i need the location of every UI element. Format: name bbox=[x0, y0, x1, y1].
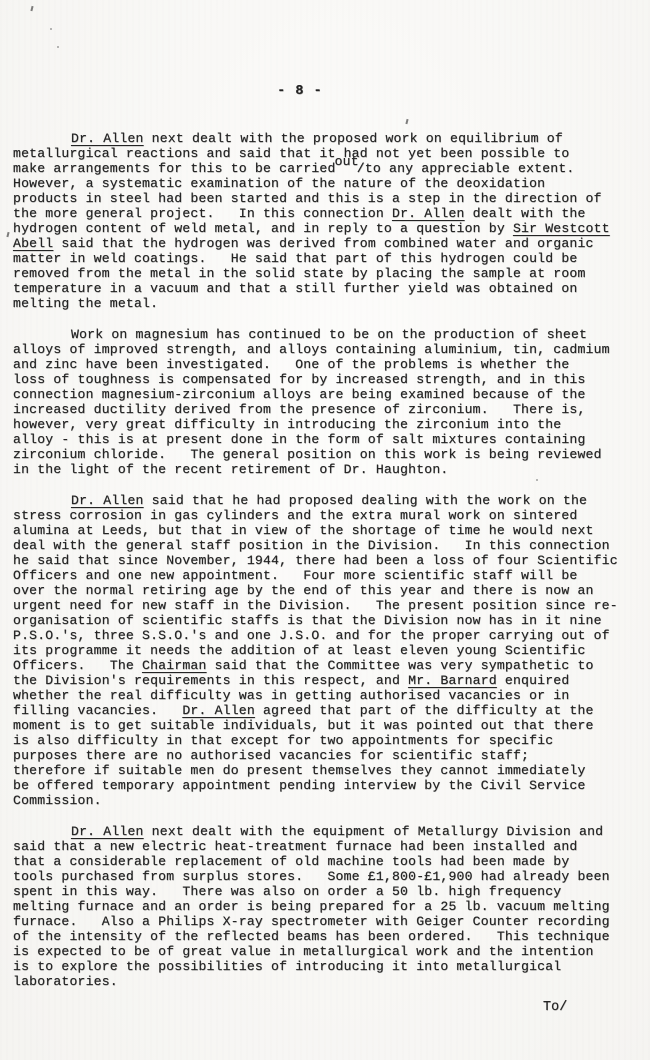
text-segment: P.S.O.'s, three S.S.O.'s and one J.S.O. … bbox=[13, 628, 610, 643]
text-line: moment is to get suitable individuals, b… bbox=[13, 718, 643, 733]
text-line: laboratories. bbox=[13, 974, 643, 989]
text-line: the more general project. In this connec… bbox=[13, 206, 643, 221]
text-segment: alumina at Leeds, but that in view of th… bbox=[13, 523, 594, 538]
text-segment: filling vacancies. bbox=[13, 703, 182, 718]
text-segment: deal with the general staff position in … bbox=[13, 538, 610, 553]
text-segment: Commission. bbox=[13, 793, 102, 808]
text-line: P.S.O.'s, three S.S.O.'s and one J.S.O. … bbox=[13, 628, 643, 643]
text-line: However, a systematic examination of the… bbox=[13, 176, 643, 191]
text-segment: hydrogen content of weld metal, and in r… bbox=[13, 221, 513, 236]
text-segment: metallurgical reactions and said that it… bbox=[13, 146, 569, 161]
text-segment: its programme it needs the addition of a… bbox=[13, 643, 586, 658]
text-segment: of the intensity of the reflected beams … bbox=[13, 929, 610, 944]
text-segment: furnace. Also a Philips X-ray spectromet… bbox=[13, 914, 610, 929]
catchword: To/ bbox=[543, 1000, 567, 1015]
text-line: is also difficulty in that except for tw… bbox=[13, 733, 643, 748]
text-line: Commission. bbox=[13, 793, 643, 808]
text-line: that a considerable replacement of old m… bbox=[13, 854, 643, 869]
text-segment: said that he had proposed dealing with t… bbox=[144, 493, 588, 508]
text-segment: he said that since November, 1944, there… bbox=[13, 553, 618, 568]
text-line: alumina at Leeds, but that in view of th… bbox=[13, 523, 643, 538]
text-segment: removed from the metal in the solid stat… bbox=[13, 266, 586, 281]
text-line: metallurgical reactions and said that it… bbox=[13, 146, 643, 161]
paragraph: Dr. Allen next dealt with the equipment … bbox=[13, 824, 643, 989]
text-segment: however, very great difficulty in introd… bbox=[13, 417, 561, 432]
text-segment: said that the hydrogen was derived from … bbox=[53, 236, 593, 251]
text-line: the Division's requirements in this resp… bbox=[13, 673, 643, 688]
text-line: melting furnace and an order is being pr… bbox=[13, 899, 643, 914]
text-segment: Officers and one new appointment. Four m… bbox=[13, 568, 577, 583]
text-segment: products in steel had been started and t… bbox=[13, 191, 602, 206]
text-segment: in the light of the recent retirement of… bbox=[13, 462, 448, 477]
text-segment: that a considerable replacement of old m… bbox=[13, 854, 569, 869]
text-segment: organisation of scientific staffs is tha… bbox=[13, 613, 602, 628]
text-line: furnace. Also a Philips X-ray spectromet… bbox=[13, 914, 643, 929]
text-line: Officers. The Chairman said that the Com… bbox=[13, 658, 643, 673]
text-line: removed from the metal in the solid stat… bbox=[13, 266, 643, 281]
text-line: is expected to be of great value in meta… bbox=[13, 944, 643, 959]
scan-artifact bbox=[30, 6, 33, 11]
underlined-name: Dr. Allen bbox=[392, 206, 465, 221]
text-segment: alloy - this is at present done in the f… bbox=[13, 432, 586, 447]
text-segment: zirconium chloride. The general position… bbox=[13, 447, 602, 462]
text-line: Work on magnesium has continued to be on… bbox=[13, 327, 643, 342]
document-body: Dr. Allen next dealt with the proposed w… bbox=[13, 131, 643, 1005]
text-segment: next dealt with the equipment of Metallu… bbox=[144, 824, 604, 839]
text-line: Officers and one new appointment. Four m… bbox=[13, 568, 643, 583]
text-segment: purposes there are no authorised vacanci… bbox=[13, 748, 529, 763]
text-line: alloys of improved strength, and alloys … bbox=[13, 342, 643, 357]
text-line: zirconium chloride. The general position… bbox=[13, 447, 643, 462]
text-segment: said that a new electric heat-treatment … bbox=[13, 839, 577, 854]
text-segment: Officers. The bbox=[13, 658, 142, 673]
text-line: make arrangements for this to be carried… bbox=[13, 161, 643, 176]
text-line: purposes there are no authorised vacanci… bbox=[13, 748, 643, 763]
text-line: temperature in a vacuum and that a still… bbox=[13, 281, 643, 296]
text-line: of the intensity of the reflected beams … bbox=[13, 929, 643, 944]
text-segment: melting furnace and an order is being pr… bbox=[13, 899, 610, 914]
underlined-name: Chairman bbox=[142, 658, 207, 673]
underlined-name: Abell bbox=[13, 236, 53, 251]
scan-artifact bbox=[536, 479, 538, 481]
text-segment: the more general project. In this connec… bbox=[13, 206, 392, 221]
text-segment: loss of toughness is compensated for by … bbox=[13, 372, 586, 387]
underlined-name: Dr. Allen bbox=[182, 703, 255, 718]
text-line: tools purchased from surplus stores. Som… bbox=[13, 869, 643, 884]
text-segment: be offered temporary appointment pending… bbox=[13, 778, 586, 793]
underlined-name: Dr. Allen bbox=[71, 824, 144, 839]
scan-artifact bbox=[57, 46, 59, 48]
inserted-word: out bbox=[335, 154, 359, 169]
text-line: whether the real difficulty was in getti… bbox=[13, 688, 643, 703]
text-line: over the normal retiring age by the end … bbox=[13, 583, 643, 598]
text-segment: /to any appreciable extent. bbox=[357, 161, 575, 176]
text-line: alloy - this is at present done in the f… bbox=[13, 432, 643, 447]
paragraph: Work on magnesium has continued to be on… bbox=[13, 327, 643, 477]
text-segment: enquired bbox=[497, 673, 570, 688]
text-segment: temperature in a vacuum and that a still… bbox=[13, 281, 577, 296]
text-segment: is also difficulty in that except for tw… bbox=[13, 733, 553, 748]
text-line: loss of toughness is compensated for by … bbox=[13, 372, 643, 387]
text-segment: stress corrosion in gas cylinders and th… bbox=[13, 508, 577, 523]
scan-artifact bbox=[6, 232, 9, 237]
text-line: melting the metal. bbox=[13, 296, 643, 311]
text-segment: dealt with the bbox=[465, 206, 586, 221]
text-segment: agreed that part of the difficulty at th… bbox=[255, 703, 594, 718]
paragraph: Dr. Allen said that he had proposed deal… bbox=[13, 493, 643, 808]
text-segment: over the normal retiring age by the end … bbox=[13, 583, 594, 598]
text-line: Dr. Allen next dealt with the equipment … bbox=[13, 824, 643, 839]
text-segment: is to explore the possibilities of intro… bbox=[13, 959, 561, 974]
text-segment: melting the metal. bbox=[13, 296, 158, 311]
text-segment: However, a systematic examination of the… bbox=[13, 176, 545, 191]
text-segment: and zinc have been investigated. One of … bbox=[13, 357, 569, 372]
text-segment: therefore if suitable men do present the… bbox=[13, 763, 586, 778]
text-segment: make arrangements for this to be carried bbox=[13, 161, 336, 176]
text-line: said that a new electric heat-treatment … bbox=[13, 839, 643, 854]
text-line: therefore if suitable men do present the… bbox=[13, 763, 643, 778]
paragraph: Dr. Allen next dealt with the proposed w… bbox=[13, 131, 643, 311]
text-line: and zinc have been investigated. One of … bbox=[13, 357, 643, 372]
text-line: however, very great difficulty in introd… bbox=[13, 417, 643, 432]
text-line: connection magnesium-zirconium alloys ar… bbox=[13, 387, 643, 402]
text-segment: is expected to be of great value in meta… bbox=[13, 944, 594, 959]
text-segment: Work on magnesium has continued to be on… bbox=[71, 327, 587, 342]
text-line: be offered temporary appointment pending… bbox=[13, 778, 643, 793]
text-segment: the Division's requirements in this resp… bbox=[13, 673, 408, 688]
text-line: hydrogen content of weld metal, and in r… bbox=[13, 221, 643, 236]
page-number: - 8 - bbox=[0, 84, 600, 99]
text-line: in the light of the recent retirement of… bbox=[13, 462, 643, 477]
text-line: Dr. Allen next dealt with the proposed w… bbox=[13, 131, 643, 146]
text-segment: spent in this way. There was also on ord… bbox=[13, 884, 561, 899]
text-segment: moment is to get suitable individuals, b… bbox=[13, 718, 594, 733]
text-line: Dr. Allen said that he had proposed deal… bbox=[13, 493, 643, 508]
scanned-document-page: - 8 - Dr. Allen next dealt with the prop… bbox=[0, 0, 650, 1060]
underlined-name: Sir Westcott bbox=[513, 221, 610, 236]
text-line: Abell said that the hydrogen was derived… bbox=[13, 236, 643, 251]
text-segment: matter in weld coatings. He said that pa… bbox=[13, 251, 577, 266]
text-line: its programme it needs the addition of a… bbox=[13, 643, 643, 658]
scan-artifact bbox=[50, 28, 52, 30]
text-line: spent in this way. There was also on ord… bbox=[13, 884, 643, 899]
text-line: urgent need for new staff in the Divisio… bbox=[13, 598, 643, 613]
underlined-name: Mr. Barnard bbox=[408, 673, 497, 688]
text-segment: next dealt with the proposed work on equ… bbox=[144, 131, 563, 146]
text-line: deal with the general staff position in … bbox=[13, 538, 643, 553]
text-line: matter in weld coatings. He said that pa… bbox=[13, 251, 643, 266]
text-segment: alloys of improved strength, and alloys … bbox=[13, 342, 610, 357]
text-segment: laboratories. bbox=[13, 974, 118, 989]
scan-artifact bbox=[405, 119, 408, 124]
text-segment: connection magnesium-zirconium alloys ar… bbox=[13, 387, 586, 402]
text-line: increased ductility derived from the pre… bbox=[13, 402, 643, 417]
text-line: he said that since November, 1944, there… bbox=[13, 553, 643, 568]
text-line: is to explore the possibilities of intro… bbox=[13, 959, 643, 974]
text-segment: said that the Committee was very sympath… bbox=[207, 658, 594, 673]
underlined-name: Dr. Allen bbox=[71, 131, 144, 146]
text-segment: urgent need for new staff in the Divisio… bbox=[13, 598, 618, 613]
underlined-name: Dr. Allen bbox=[71, 493, 144, 508]
text-line: stress corrosion in gas cylinders and th… bbox=[13, 508, 643, 523]
text-segment: increased ductility derived from the pre… bbox=[13, 402, 586, 417]
text-line: filling vacancies. Dr. Allen agreed that… bbox=[13, 703, 643, 718]
text-line: products in steel had been started and t… bbox=[13, 191, 643, 206]
text-segment: tools purchased from surplus stores. Som… bbox=[13, 869, 610, 884]
text-line: organisation of scientific staffs is tha… bbox=[13, 613, 643, 628]
text-segment: whether the real difficulty was in getti… bbox=[13, 688, 569, 703]
